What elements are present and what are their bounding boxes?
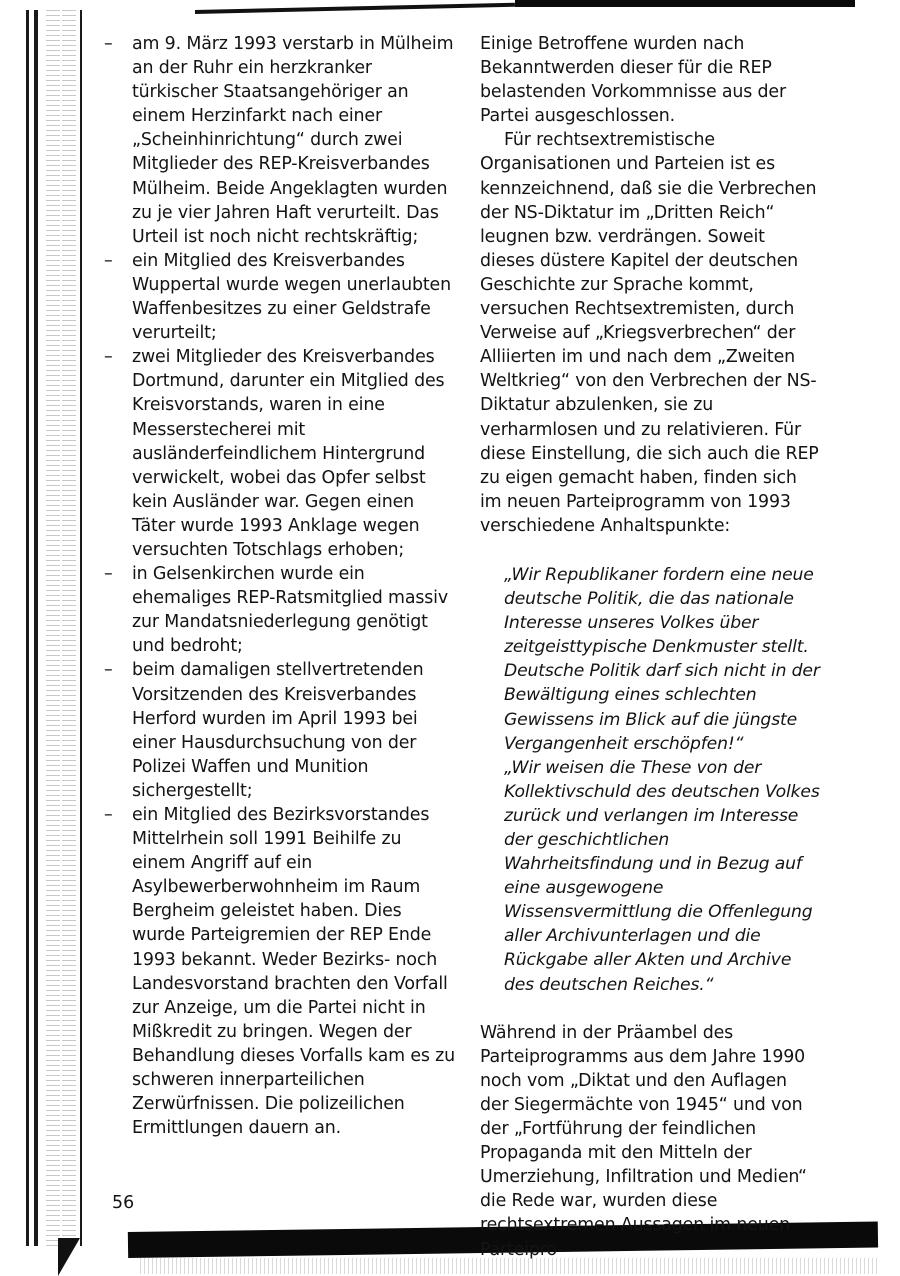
page-number: 56 [112, 1193, 134, 1213]
dash-bullet: – [104, 249, 113, 273]
binding-line [26, 10, 29, 1246]
dash-bullet: – [104, 803, 113, 827]
binding-speckle [62, 10, 76, 1246]
left-column: – am 9. März 1993 verstarb in Mülheim an… [104, 32, 456, 1140]
list-item-text: in Gelsenkirchen wurde ein ehemaliges RE… [132, 564, 448, 656]
quote-2: „Wir weisen die These von der Kollektivs… [504, 756, 820, 997]
list-item-text: ein Mitglied des Kreisverbandes Wupperta… [132, 251, 451, 343]
list-item: – zwei Mitglieder des Kreisverbandes Dor… [104, 345, 456, 562]
list-item-text: am 9. März 1993 verstarb in Mülheim an d… [132, 34, 453, 247]
binding-line [34, 10, 38, 1246]
list-item-text: beim damaligen stellvertretenden Vorsitz… [132, 660, 423, 800]
right-column: Einige Betroffene wurden nach Bekanntwer… [480, 32, 820, 1262]
binding-line [80, 10, 82, 1246]
paragraph-preamble: Während in der Präambel des Parteiprogra… [480, 1021, 820, 1262]
dash-bullet: – [104, 345, 113, 369]
incident-list: – am 9. März 1993 verstarb in Mülheim an… [104, 32, 456, 1140]
list-item-text: zwei Mitglieder des Kreisverbandes Dortm… [132, 347, 444, 560]
list-item: – am 9. März 1993 verstarb in Mülheim an… [104, 32, 456, 249]
program-quote-block: „Wir Republikaner fordern eine neue deut… [504, 563, 820, 997]
list-item: – in Gelsenkirchen wurde ein ehemaliges … [104, 562, 456, 658]
scan-edge-top-thin [195, 3, 515, 14]
list-item-text: ein Mitglied des Bezirksvorstandes Mitte… [132, 805, 455, 1138]
list-item: – beim damaligen stellvertretenden Vorsi… [104, 658, 456, 803]
scan-binding-edge [0, 0, 100, 1276]
dash-bullet: – [104, 658, 113, 682]
dash-bullet: – [104, 32, 113, 56]
paragraph-exclusions: Einige Betroffene wurden nach Bekanntwer… [480, 32, 820, 128]
list-item: – ein Mitglied des Kreisverbandes Wupper… [104, 249, 456, 345]
quote-1: „Wir Republikaner fordern eine neue deut… [504, 563, 820, 756]
scan-corner-wedge [58, 1238, 80, 1276]
paragraph-ns-denial: Für rechtsextremistische Organisationen … [480, 128, 820, 538]
list-item: – ein Mitglied des Bezirksvorstandes Mit… [104, 803, 456, 1140]
binding-speckle [46, 10, 60, 1246]
scan-edge-top-thick [515, 0, 855, 7]
dash-bullet: – [104, 562, 113, 586]
